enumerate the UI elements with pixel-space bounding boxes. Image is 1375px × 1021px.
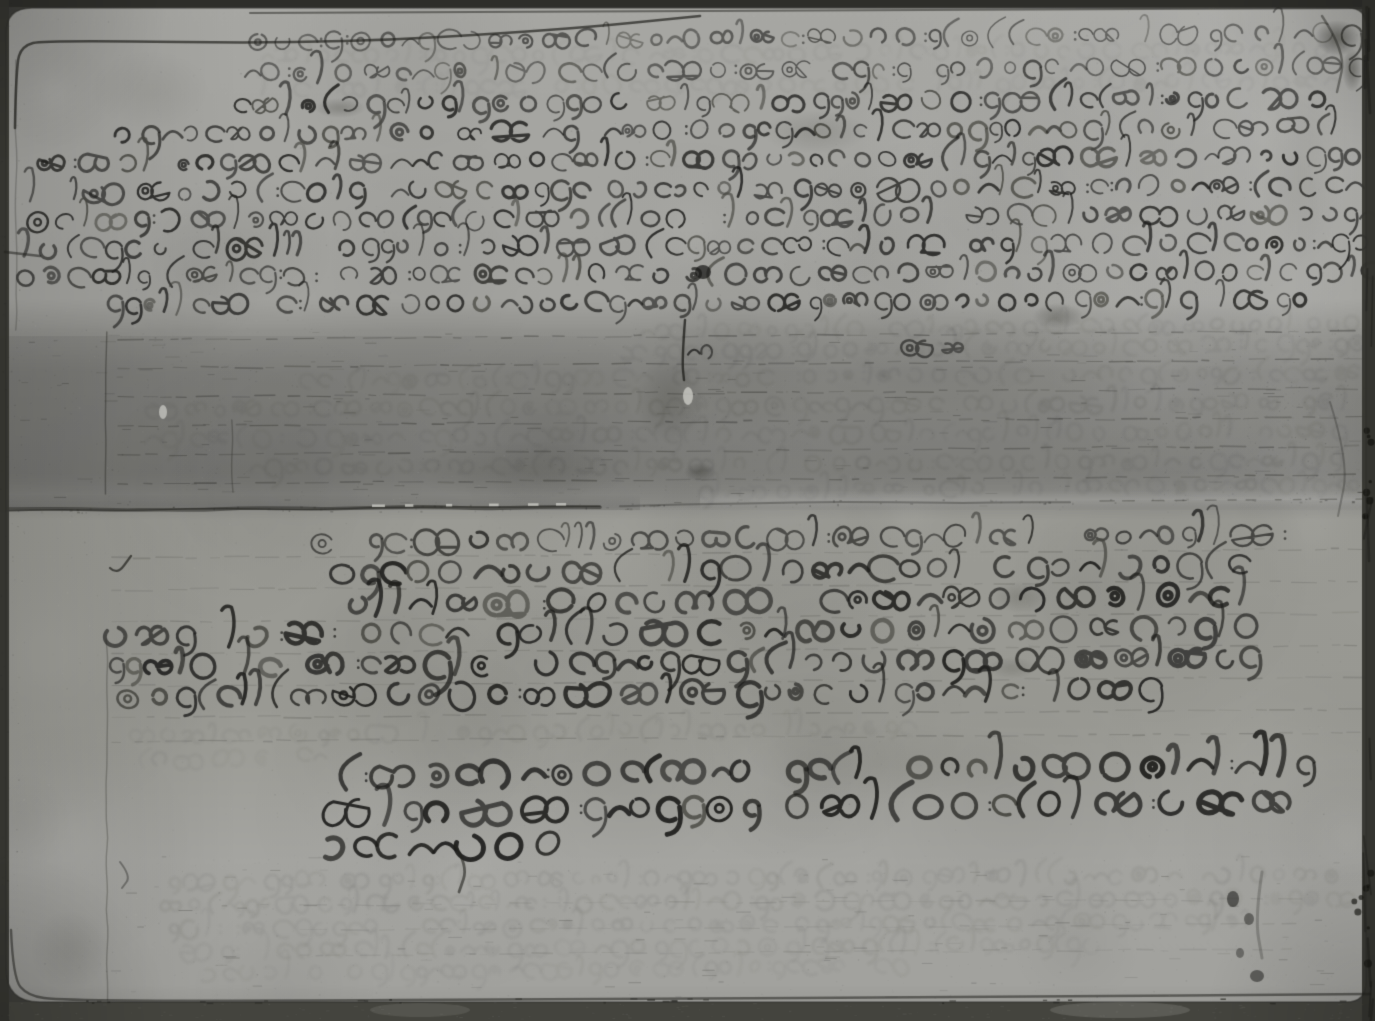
manuscript-canvas	[0, 0, 1375, 1021]
manuscript-photograph	[0, 0, 1375, 1021]
